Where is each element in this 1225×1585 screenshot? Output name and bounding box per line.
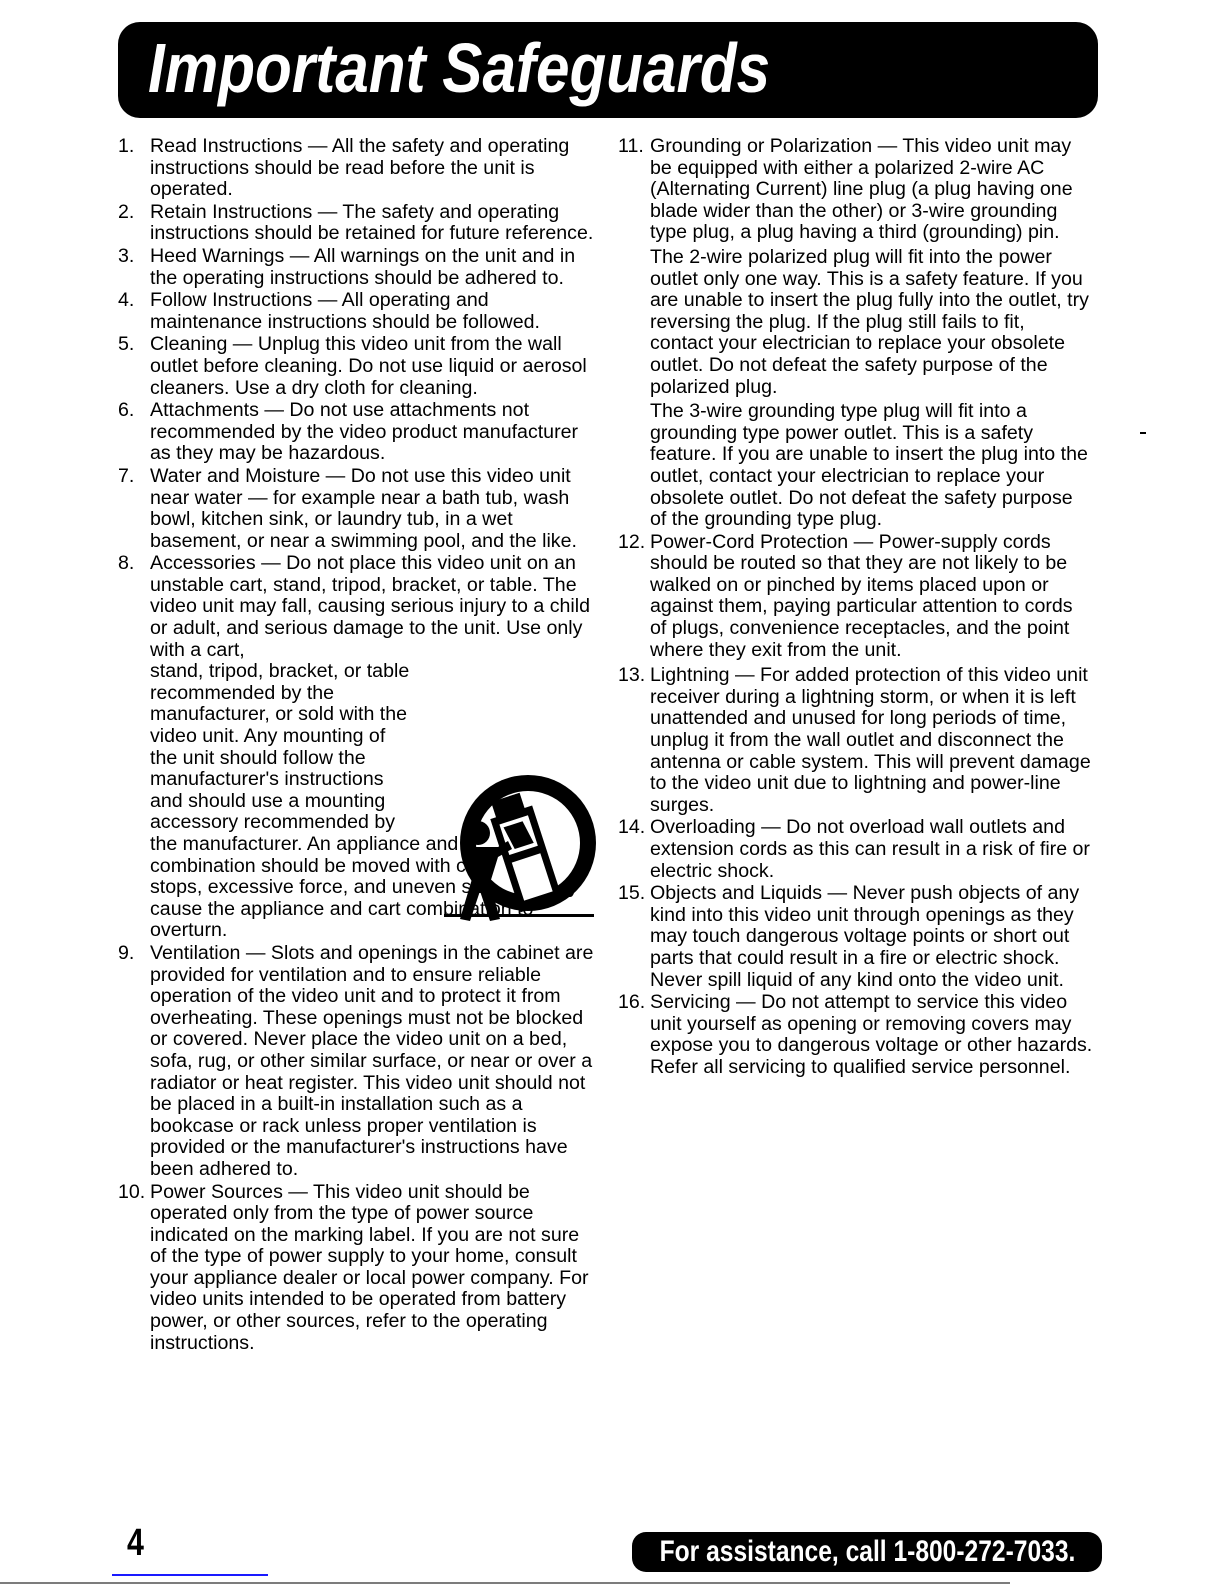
assistance-phone-text: For assistance, call 1-800-272-7033.: [659, 1535, 1075, 1569]
title-banner: Important Safeguards: [118, 22, 1098, 118]
item-text: Attachments — Do not use attachments not…: [150, 400, 598, 465]
item-number: 11.: [618, 136, 644, 158]
safeguard-item-4: 4. Follow Instructions — All operating a…: [118, 290, 598, 333]
safeguard-item-7: 7. Water and Moisture — Do not use this …: [118, 466, 598, 552]
scan-edge-line: [0, 1582, 1010, 1584]
safeguard-item-9: 9. Ventilation — Slots and openings in t…: [118, 943, 598, 1181]
safeguard-item-5: 5. Cleaning — Unplug this video unit fro…: [118, 334, 598, 399]
page-title: Important Safeguards: [148, 33, 770, 103]
item-number: 13.: [618, 665, 645, 687]
item-text: Lightning — For added protection of this…: [650, 665, 1093, 816]
item-text: Grounding or Polarization — This video u…: [650, 136, 1093, 244]
safeguard-item-15: 15. Objects and Liquids — Never push obj…: [618, 883, 1093, 991]
item-text: The 2-wire polarized plug will fit into …: [650, 247, 1093, 398]
safeguards-left-column: 1. Read Instructions — All the safety an…: [118, 136, 598, 1355]
item-number: 6.: [118, 400, 134, 422]
text-line: manufacturer, or sold with the: [150, 704, 598, 726]
item-number: 5.: [118, 334, 134, 356]
cart-tip-over-warning-icon: [436, 771, 596, 927]
page-link-underline[interactable]: [112, 1574, 268, 1576]
item-number: 2.: [118, 202, 134, 224]
item-text: Power-Cord Protection — Power-supply cor…: [650, 532, 1093, 662]
scan-artifact: [1140, 432, 1146, 434]
item-number: 14.: [618, 817, 645, 839]
item-text: The 3-wire grounding type plug will fit …: [650, 401, 1093, 531]
item-number: 7.: [118, 466, 134, 488]
item-text: Cleaning — Unplug this video unit from t…: [150, 334, 598, 399]
safeguard-item-16: 16. Servicing — Do not attempt to servic…: [618, 992, 1093, 1078]
item-text: Heed Warnings — All warnings on the unit…: [150, 246, 598, 289]
item-text: Accessories — Do not place this video un…: [150, 553, 598, 661]
item-text: Power Sources — This video unit should b…: [150, 1182, 598, 1355]
item-number: 15.: [618, 883, 645, 905]
item-text: Retain Instructions — The safety and ope…: [150, 202, 598, 245]
safeguard-item-2: 2. Retain Instructions — The safety and …: [118, 202, 598, 245]
safeguard-item-13: 13. Lightning — For added protection of …: [618, 665, 1093, 816]
item-number: 1.: [118, 136, 134, 158]
item-number: 8.: [118, 553, 134, 575]
safeguards-right-column: 11. Grounding or Polarization — This vid…: [618, 136, 1093, 1080]
item-text: Objects and Liquids — Never push objects…: [650, 883, 1093, 991]
assistance-banner: For assistance, call 1-800-272-7033.: [632, 1532, 1102, 1572]
safeguard-item-3: 3. Heed Warnings — All warnings on the u…: [118, 246, 598, 289]
safeguard-item-6: 6. Attachments — Do not use attachments …: [118, 400, 598, 465]
safeguard-item-11: 11. Grounding or Polarization — This vid…: [618, 136, 1093, 531]
safeguard-item-10: 10. Power Sources — This video unit shou…: [118, 1182, 598, 1355]
item-number: 12.: [618, 532, 645, 554]
text-line: recommended by the: [150, 683, 598, 705]
item-number: 4.: [118, 290, 134, 312]
item-number: 10.: [118, 1182, 145, 1204]
text-line: stand, tripod, bracket, or table: [150, 661, 598, 683]
item-number: 9.: [118, 943, 134, 965]
item-number: 16.: [618, 992, 645, 1014]
item-text: Ventilation — Slots and openings in the …: [150, 943, 598, 1181]
item-text: Overloading — Do not overload wall outle…: [650, 817, 1093, 882]
item-text: Water and Moisture — Do not use this vid…: [150, 466, 598, 552]
item-text: Read Instructions — All the safety and o…: [150, 136, 598, 201]
safeguard-item-12: 12. Power-Cord Protection — Power-supply…: [618, 532, 1093, 662]
item-number: 3.: [118, 246, 134, 268]
text-line: the unit should follow the: [150, 748, 598, 770]
item-text: Servicing — Do not attempt to service th…: [650, 992, 1093, 1078]
text-line: video unit. Any mounting of: [150, 726, 598, 748]
safeguard-item-1: 1. Read Instructions — All the safety an…: [118, 136, 598, 201]
page-number: 4: [127, 1522, 144, 1565]
safeguard-item-14: 14. Overloading — Do not overload wall o…: [618, 817, 1093, 882]
item-text: Follow Instructions — All operating and …: [150, 290, 598, 333]
